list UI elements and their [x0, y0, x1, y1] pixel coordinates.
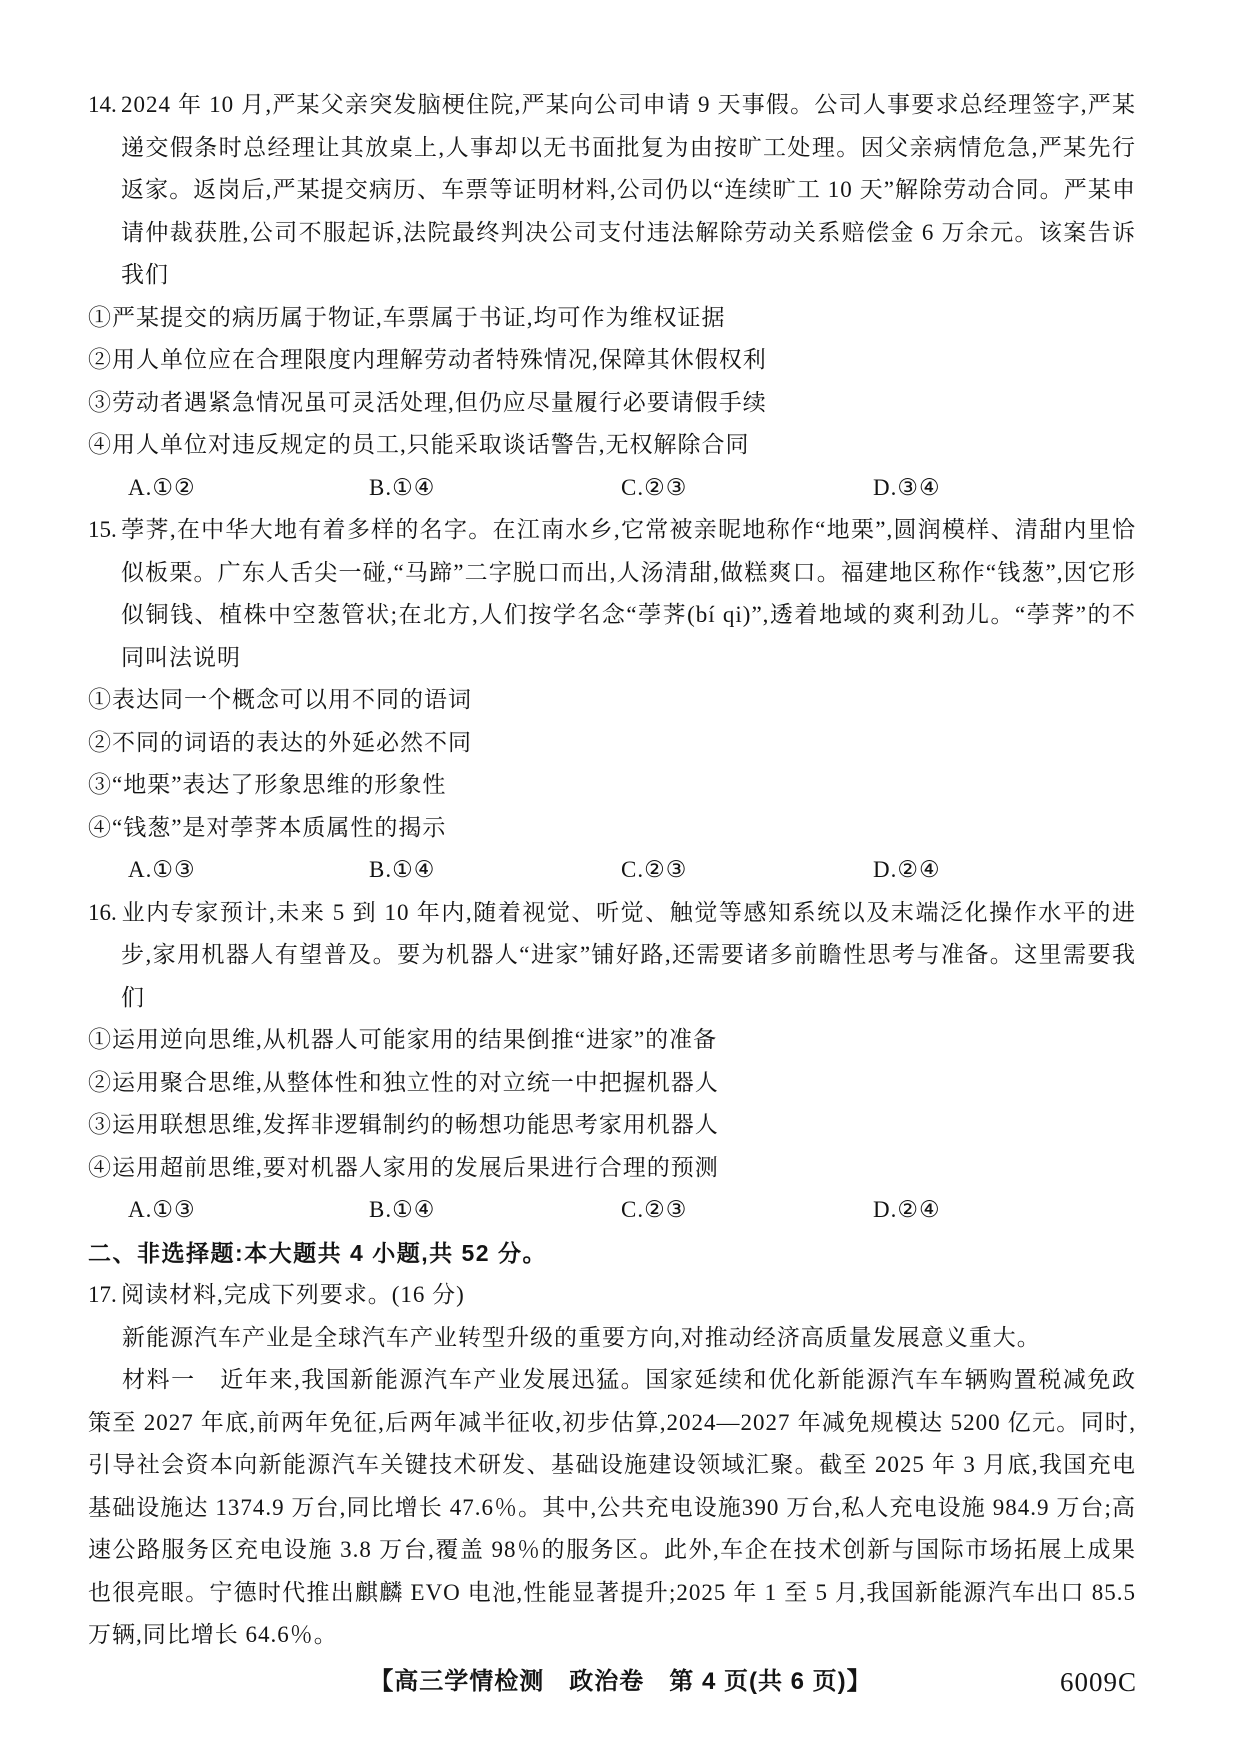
- question-16: 16.业内专家预计,未来 5 到 10 年内,随着视觉、听觉、触觉等感知系统以及…: [88, 892, 1136, 1232]
- question-14-option-b: B.①④: [369, 467, 621, 510]
- question-16-statement-4: ④运用超前思维,要对机器人家用的发展后果进行合理的预测: [88, 1147, 1136, 1190]
- question-16-options-row: A.①③ B.①④ C.②③ D.②④: [128, 1189, 1136, 1232]
- question-16-stem: 16.业内专家预计,未来 5 到 10 年内,随着视觉、听觉、触觉等感知系统以及…: [88, 892, 1136, 1020]
- exam-page: 14.2024 年 10 月,严某父亲突发脑梗住院,严某向公司申请 9 天事假。…: [0, 0, 1241, 1754]
- question-15-stem: 15.荸荠,在中华大地有着多样的名字。在江南水乡,它常被亲昵地称作“地栗”,圆润…: [88, 509, 1136, 679]
- question-14-statement-4: ④用人单位对违反规定的员工,只能采取谈话警告,无权解除合同: [88, 424, 1136, 467]
- question-14-number: 14.: [88, 84, 121, 127]
- question-16-option-c: C.②③: [621, 1189, 873, 1232]
- question-15-statement-2: ②不同的词语的表达的外延必然不同: [88, 722, 1136, 765]
- question-14-statement-2: ②用人单位应在合理限度内理解劳动者特殊情况,保障其休假权利: [88, 339, 1136, 382]
- question-15-option-b: B.①④: [369, 849, 621, 892]
- question-17: 17.阅读材料,完成下列要求。(16 分) 新能源汽车产业是全球汽车产业转型升级…: [88, 1274, 1136, 1657]
- question-17-title-line: 17.阅读材料,完成下列要求。(16 分): [88, 1274, 1136, 1317]
- question-17-material-one-paragraph: 材料一 近年来,我国新能源汽车产业发展迅猛。国家延续和优化新能源汽车车辆购置税减…: [88, 1359, 1136, 1657]
- question-16-statement-3: ③运用联想思维,发挥非逻辑制约的畅想功能思考家用机器人: [88, 1104, 1136, 1147]
- question-14-option-c: C.②③: [621, 467, 873, 510]
- question-15-statement-1: ①表达同一个概念可以用不同的语词: [88, 679, 1136, 722]
- question-15-statement-3: ③“地栗”表达了形象思维的形象性: [88, 764, 1136, 807]
- page-content: 14.2024 年 10 月,严某父亲突发脑梗住院,严某向公司申请 9 天事假。…: [88, 84, 1136, 1657]
- section-2-heading: 二、非选择题:本大题共 4 小题,共 52 分。: [88, 1232, 1136, 1275]
- question-15: 15.荸荠,在中华大地有着多样的名字。在江南水乡,它常被亲昵地称作“地栗”,圆润…: [88, 509, 1136, 892]
- question-15-statement-4: ④“钱葱”是对荸荠本质属性的揭示: [88, 807, 1136, 850]
- question-14-option-a: A.①②: [128, 467, 369, 510]
- question-15-text: 荸荠,在中华大地有着多样的名字。在江南水乡,它常被亲昵地称作“地栗”,圆润模样、…: [121, 517, 1136, 670]
- question-14-statement-1: ①严某提交的病历属于物证,车票属于书证,均可作为维权证据: [88, 297, 1136, 340]
- question-14-options-row: A.①② B.①④ C.②③ D.③④: [128, 467, 1136, 510]
- question-14-option-d: D.③④: [873, 467, 1136, 510]
- question-14: 14.2024 年 10 月,严某父亲突发脑梗住院,严某向公司申请 9 天事假。…: [88, 84, 1136, 509]
- footer-paper-code: 6009C: [1060, 1660, 1137, 1704]
- question-14-stem: 14.2024 年 10 月,严某父亲突发脑梗住院,严某向公司申请 9 天事假。…: [88, 84, 1136, 297]
- question-15-option-c: C.②③: [621, 849, 873, 892]
- question-16-option-d: D.②④: [873, 1189, 1136, 1232]
- question-15-option-a: A.①③: [128, 849, 369, 892]
- footer-exam-title: 【高三学情检测 政治卷 第 4 页(共 6 页)】: [0, 1660, 1241, 1704]
- question-16-statement-2: ②运用聚合思维,从整体性和独立性的对立统一中把握机器人: [88, 1062, 1136, 1105]
- question-16-option-b: B.①④: [369, 1189, 621, 1232]
- question-15-number: 15.: [88, 509, 121, 552]
- question-14-text: 2024 年 10 月,严某父亲突发脑梗住院,严某向公司申请 9 天事假。公司人…: [121, 92, 1136, 287]
- question-16-statement-1: ①运用逆向思维,从机器人可能家用的结果倒推“进家”的准备: [88, 1019, 1136, 1062]
- question-17-number: 17.: [88, 1274, 121, 1317]
- question-15-option-d: D.②④: [873, 849, 1136, 892]
- question-17-title: 阅读材料,完成下列要求。(16 分): [121, 1282, 465, 1307]
- question-17-intro-paragraph: 新能源汽车产业是全球汽车产业转型升级的重要方向,对推动经济高质量发展意义重大。: [88, 1317, 1136, 1360]
- question-15-options-row: A.①③ B.①④ C.②③ D.②④: [128, 849, 1136, 892]
- question-16-text: 业内专家预计,未来 5 到 10 年内,随着视觉、听觉、触觉等感知系统以及末端泛…: [121, 900, 1136, 1010]
- question-16-number: 16.: [88, 892, 121, 935]
- question-16-option-a: A.①③: [128, 1189, 369, 1232]
- question-14-statement-3: ③劳动者遇紧急情况虽可灵活处理,但仍应尽量履行必要请假手续: [88, 382, 1136, 425]
- page-footer: 【高三学情检测 政治卷 第 4 页(共 6 页)】 6009C: [0, 1660, 1241, 1704]
